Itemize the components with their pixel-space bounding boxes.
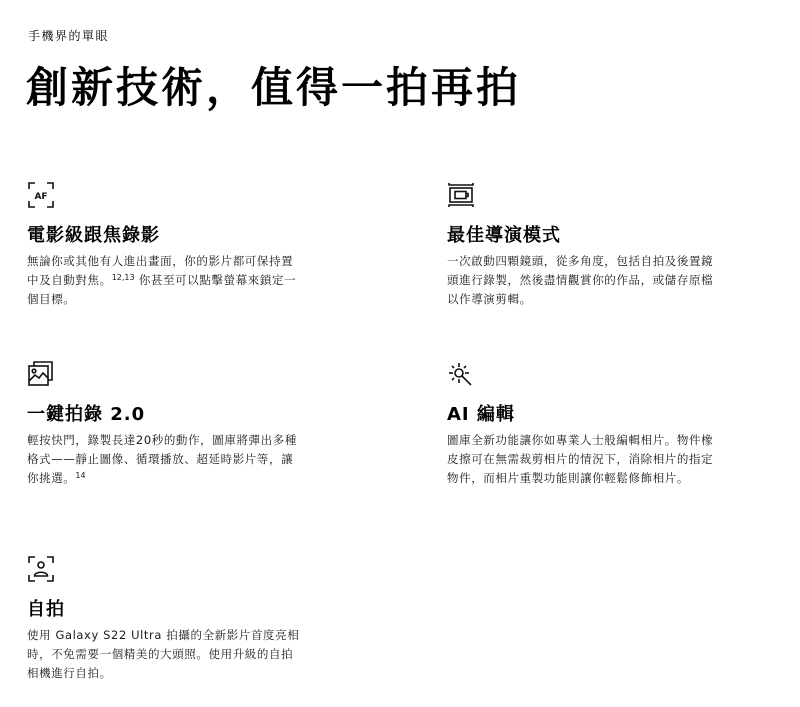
feature-title: 電影級跟焦錄影 bbox=[27, 224, 307, 248]
gallery-images-icon bbox=[27, 360, 55, 388]
feature-director-view: 最佳導演模式 一次啟動四顆鏡頭，從多角度，包括自拍及後置鏡頭進行錄製，然後盡情觀… bbox=[447, 181, 727, 309]
footnote-ref[interactable]: 12,13 bbox=[112, 273, 135, 282]
feature-title: 最佳導演模式 bbox=[447, 224, 727, 248]
svg-text:AF: AF bbox=[34, 192, 47, 202]
feature-description: 無論你或其他有人進出畫面，你的影片都可保持置中及自動對焦。12,13 你甚至可以… bbox=[27, 252, 302, 309]
feature-description: 使用 Galaxy S22 Ultra 拍攝的全新影片首度亮相時，不免需要一個精… bbox=[27, 626, 302, 683]
feature-description: 輕按快門，錄製長達20秒的動作，圖庫將彈出多種格式——靜止圖像、循環播放、超延時… bbox=[27, 431, 302, 488]
ai-magic-wand-icon bbox=[447, 360, 475, 388]
feature-selfie: 自拍 使用 Galaxy S22 Ultra 拍攝的全新影片首度亮相時，不免需要… bbox=[27, 555, 307, 683]
feature-description: 一次啟動四顆鏡頭，從多角度，包括自拍及後置鏡頭進行錄製，然後盡情觀賞你的作品，或… bbox=[447, 252, 722, 309]
feature-ai-edit: AI 編輯 圖庫全新功能讓你如專業人士般編輯相片。物件橡皮擦可在無需裁剪相片的情… bbox=[447, 360, 727, 488]
feature-single-take: 一鍵拍錄 2.0 輕按快門，錄製長達20秒的動作，圖庫將彈出多種格式——靜止圖像… bbox=[27, 360, 307, 488]
selfie-portrait-icon bbox=[27, 555, 55, 583]
footnote-ref[interactable]: 14 bbox=[75, 471, 85, 480]
autofocus-af-icon: AF bbox=[27, 181, 55, 209]
director-view-icon bbox=[447, 181, 475, 209]
feature-title: 自拍 bbox=[27, 598, 307, 622]
eyebrow-label: 手機界的單眼 bbox=[28, 27, 109, 44]
feature-cinematic-focus: AF 電影級跟焦錄影 無論你或其他有人進出畫面，你的影片都可保持置中及自動對焦。… bbox=[27, 181, 307, 309]
feature-title: AI 編輯 bbox=[447, 403, 727, 427]
page-title: 創新技術，值得一拍再拍 bbox=[26, 60, 521, 116]
feature-description: 圖庫全新功能讓你如專業人士般編輯相片。物件橡皮擦可在無需裁剪相片的情況下，消除相… bbox=[447, 431, 722, 488]
feature-title: 一鍵拍錄 2.0 bbox=[27, 403, 307, 427]
